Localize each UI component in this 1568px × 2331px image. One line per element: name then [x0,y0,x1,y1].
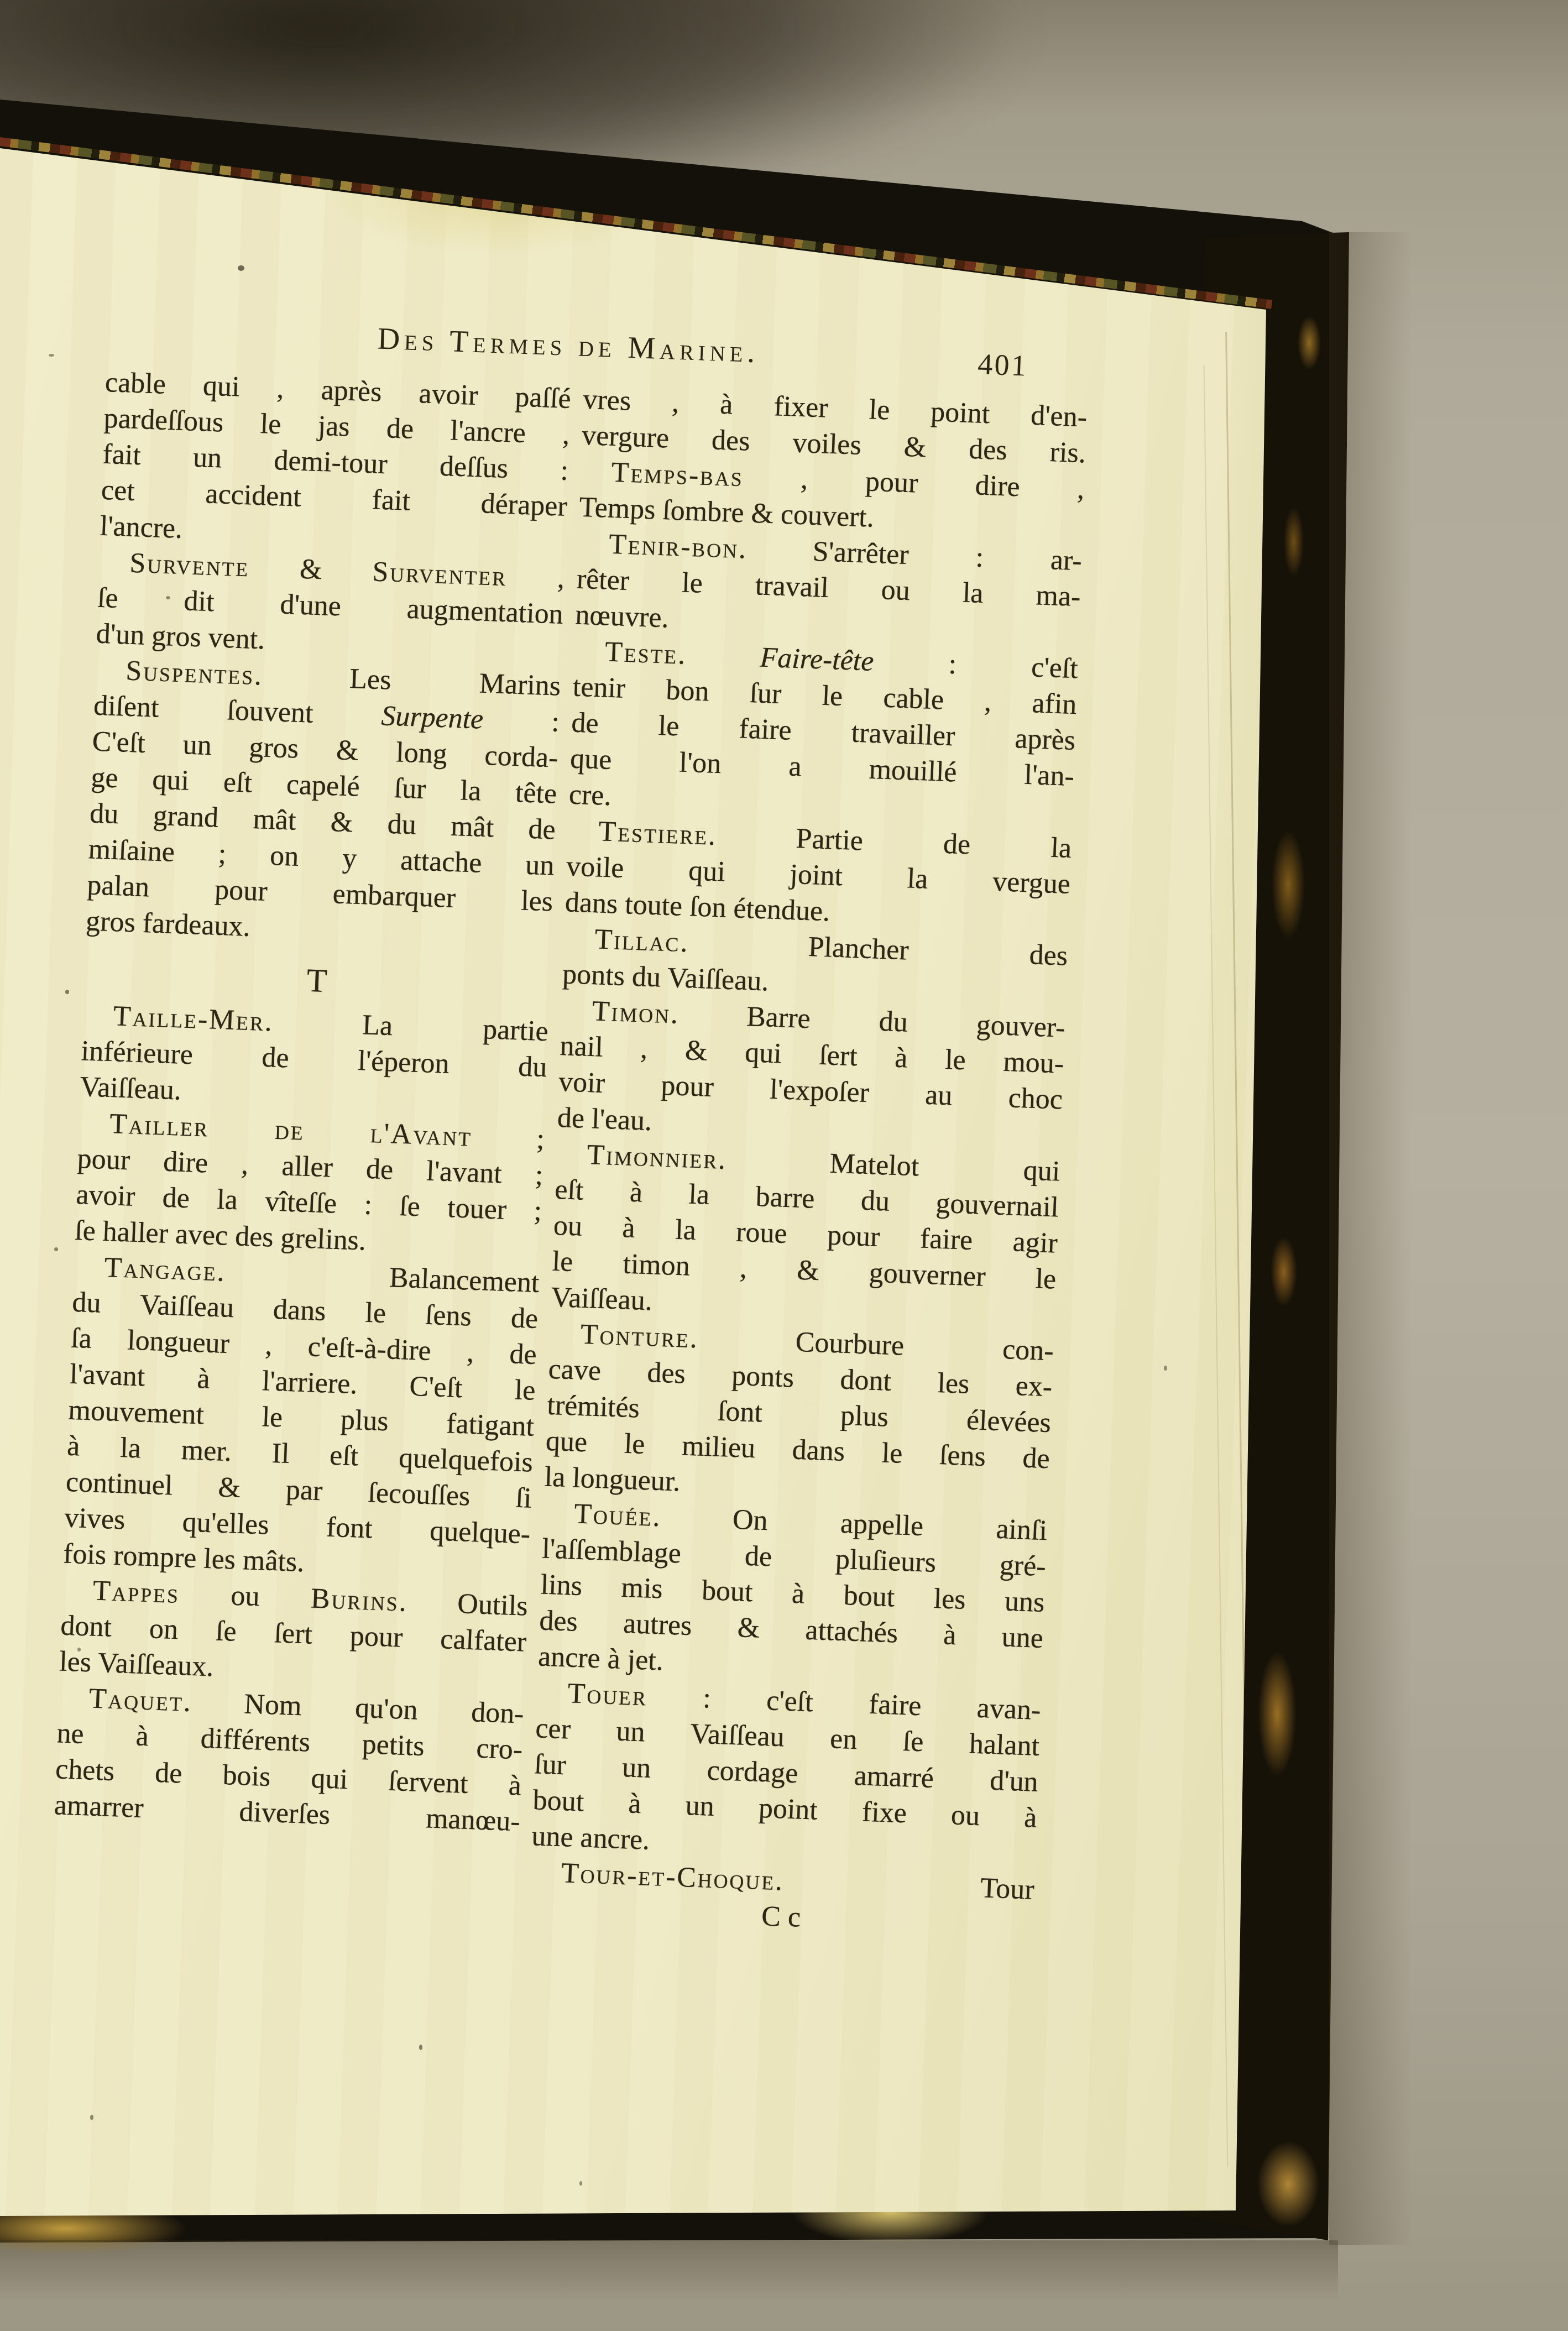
page-number: 401 [977,347,1028,383]
page-text-block: Des Termes de Marine. 401 cable qui , ap… [50,308,1096,1944]
page-title: Des Termes de Marine. [184,311,953,380]
cover-shadow-bottom [0,2240,1338,2301]
column-left: cable qui , après avoir paſſépardeſſous … [50,364,571,1925]
cover-shadow-right [1329,232,1412,2245]
text-columns: cable qui , après avoir paſſépardeſſous … [50,364,1095,1944]
scanned-book-photo: { "header": { "title": "Des Termes de Ma… [0,0,1568,2331]
column-right: vres , à fixer le point d'en-vergure des… [529,381,1088,1944]
page-edge-line [1204,365,1229,2167]
